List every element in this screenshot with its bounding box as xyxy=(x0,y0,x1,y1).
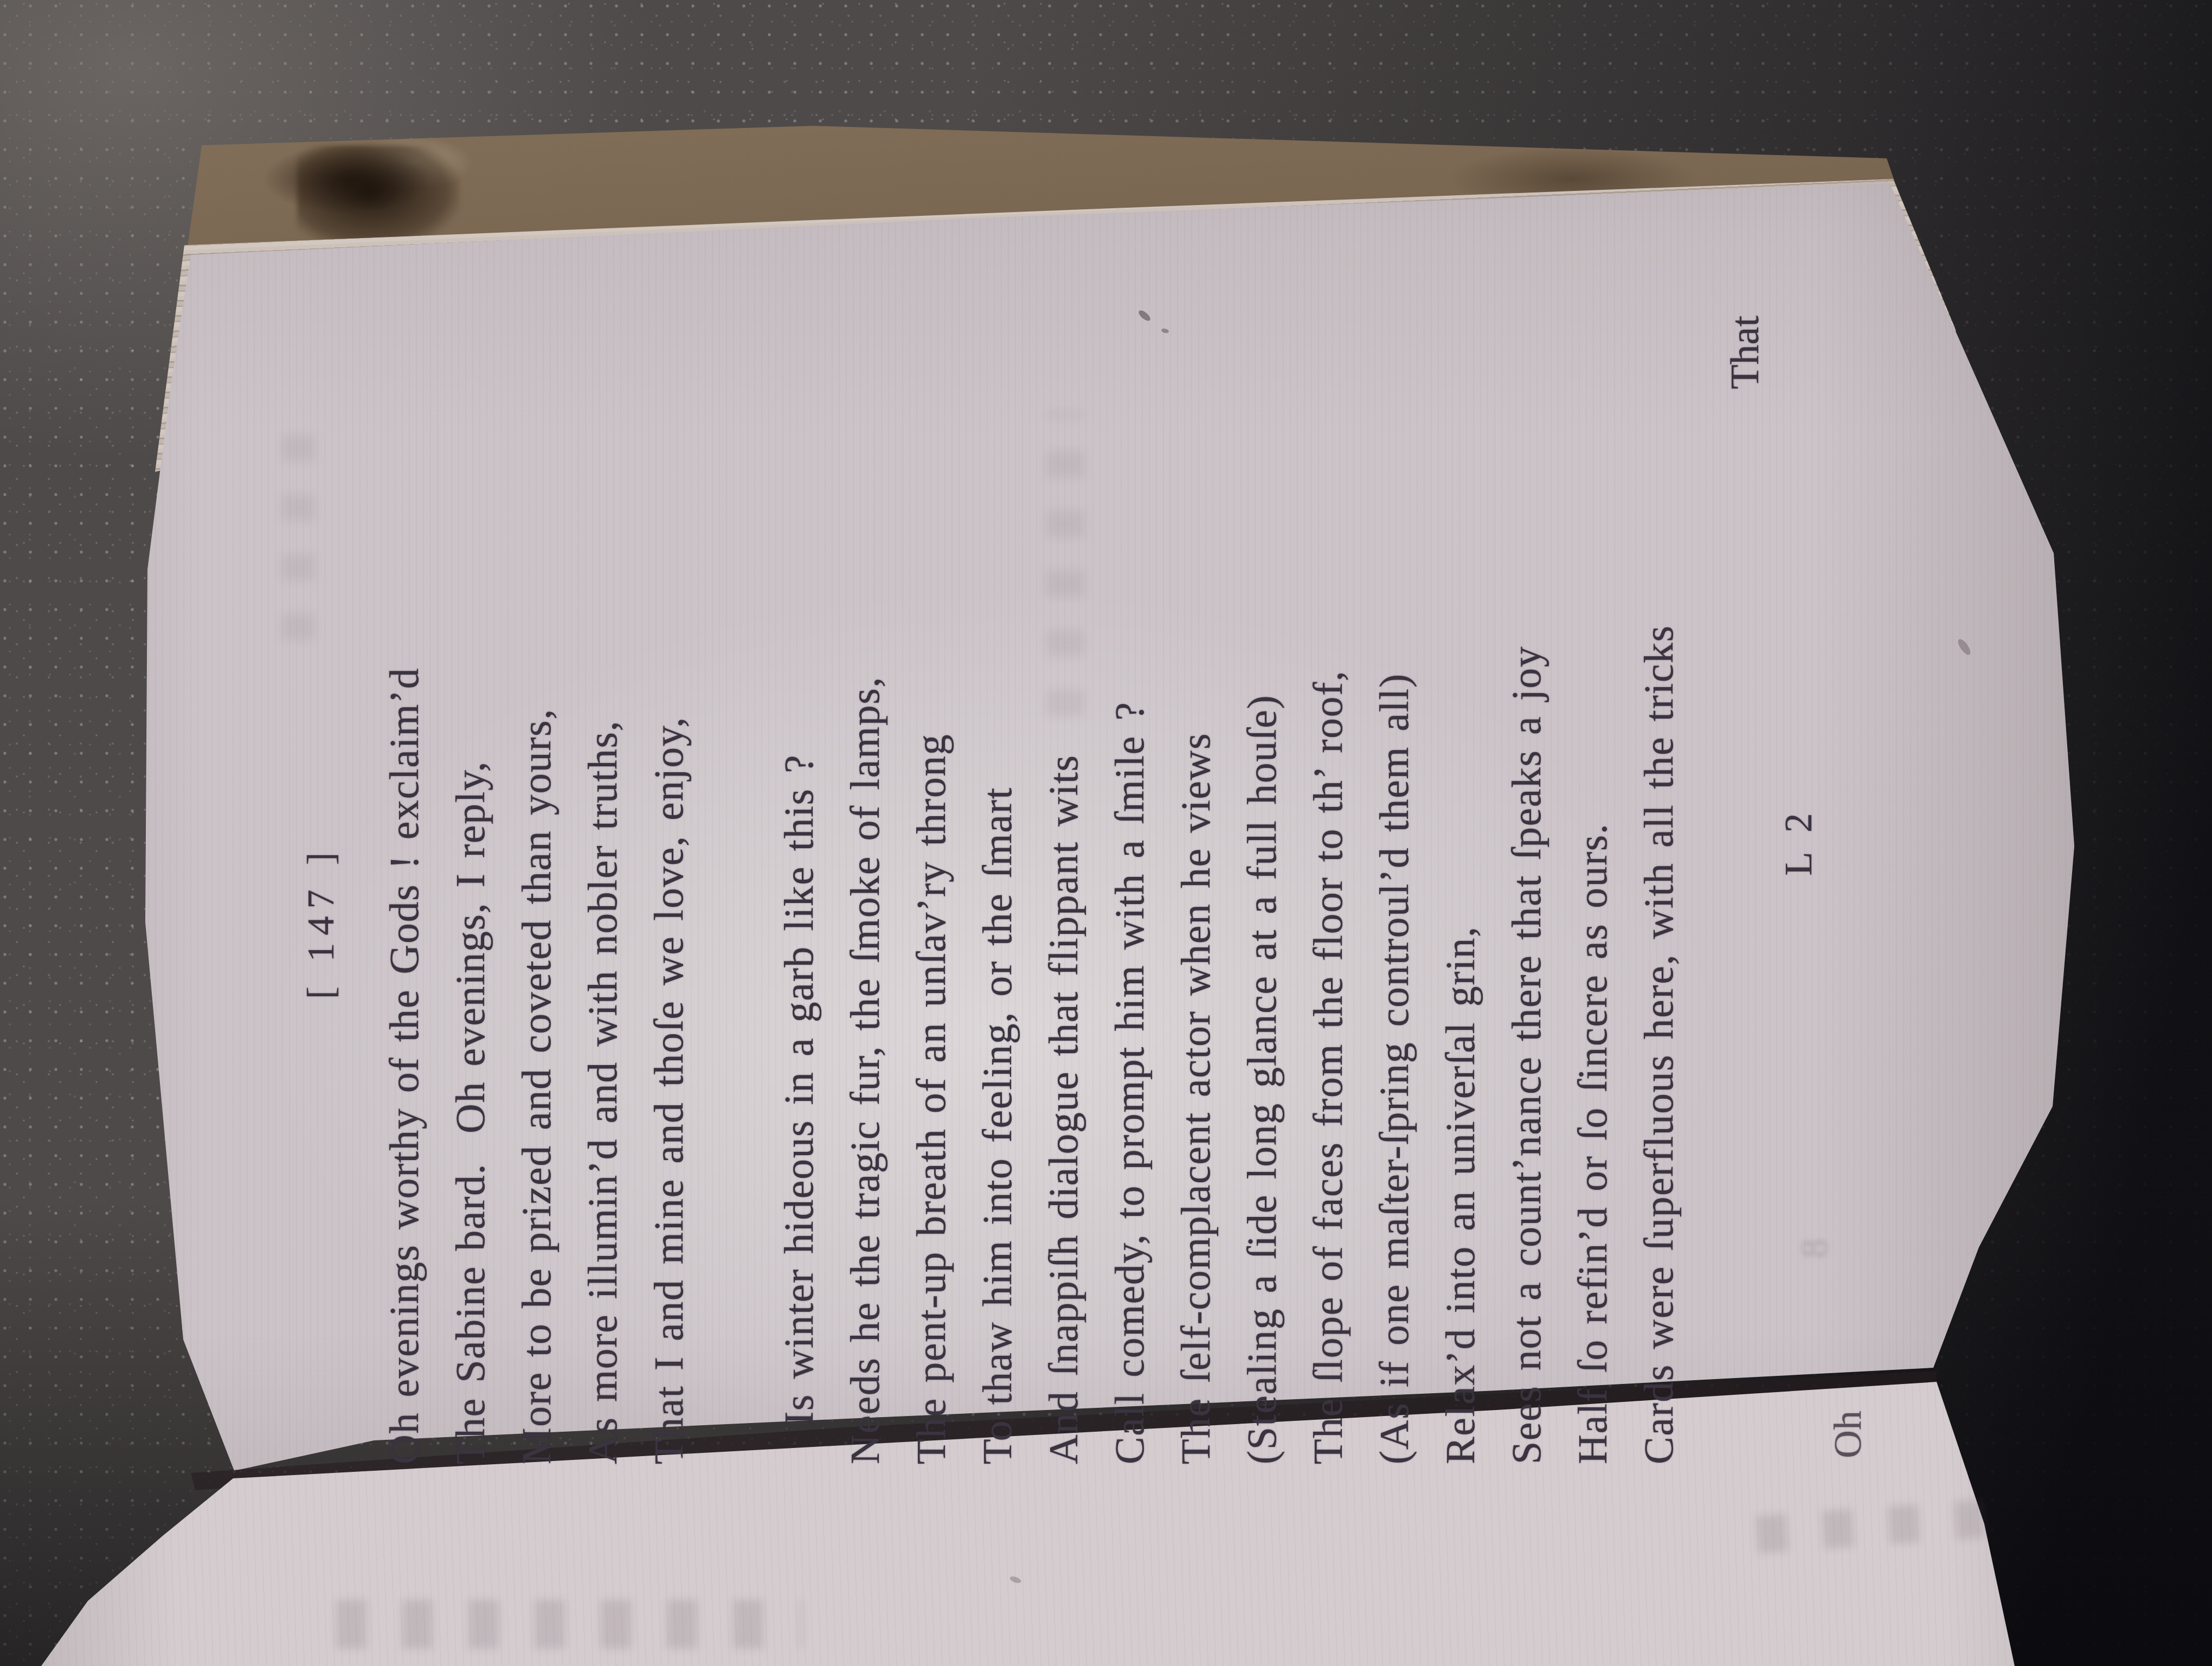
poem-line: The ſlope of faces from the floor to th’… xyxy=(1295,380,1361,1464)
poem-line: Oh evenings worthy of the Gods ! exclaim… xyxy=(371,380,438,1464)
show-through-text-band xyxy=(336,1600,802,1649)
poem-line: Relax’d into an univerſal grin, xyxy=(1427,380,1494,1464)
worn-corner-notch xyxy=(297,145,460,248)
page-content: [ 147 ] Oh evenings worthy of the Gods !… xyxy=(290,380,1889,1464)
poem-line: To thaw him into feeling, or the ſmart xyxy=(964,380,1031,1464)
poem-stanza: Is winter hideous in a garb like this ?N… xyxy=(766,380,1692,1464)
poem-line: The ſelf-complacent actor when he views xyxy=(1163,380,1229,1464)
poem-line: As more illumin’d and with nobler truths… xyxy=(570,380,636,1464)
poem-line: The pent-up breath of an unſav’ry throng xyxy=(898,380,964,1464)
next-page-catchword: Oh xyxy=(1825,1391,1907,1478)
poem-line: And ſnappiſh dialogue that flippant wits xyxy=(1031,380,1097,1464)
catchword: That xyxy=(1722,316,1769,1464)
poem-line: Cards were ſuperfluous here, with all th… xyxy=(1626,380,1692,1464)
poem-line: (As if one maſter-ſpring controul’d them… xyxy=(1361,380,1427,1464)
poem-line: Call comedy, to prompt him with a ſmile … xyxy=(1097,380,1163,1464)
page-number-header: [ 147 ] xyxy=(300,380,343,1464)
poem-line: Is winter hideous in a garb like this ? xyxy=(766,380,832,1464)
poem-stanza: Oh evenings worthy of the Gods ! exclaim… xyxy=(371,380,702,1464)
signature-mark: L 2 xyxy=(1776,299,1821,1384)
poem-line: Needs he the tragic fur, the ſmoke of la… xyxy=(832,380,898,1464)
poem-line: Sees not a count’nance there that ſpeaks… xyxy=(1494,380,1560,1464)
poem-line: (Stealing a ſide long glance at a full h… xyxy=(1229,380,1295,1464)
poem-line: The Sabine bard. Oh evenings, I reply, xyxy=(438,380,504,1464)
poem-line: Half ſo refin’d or ſo ſincere as ours. xyxy=(1560,380,1626,1464)
poem-line: That I and mine and thoſe we love, enjoy… xyxy=(636,380,702,1464)
book-photograph: 8 [ 147 ] Oh evenings worthy of the Gods… xyxy=(0,0,2212,1666)
poem-line: More to be prized and coveted than yours… xyxy=(504,380,570,1464)
